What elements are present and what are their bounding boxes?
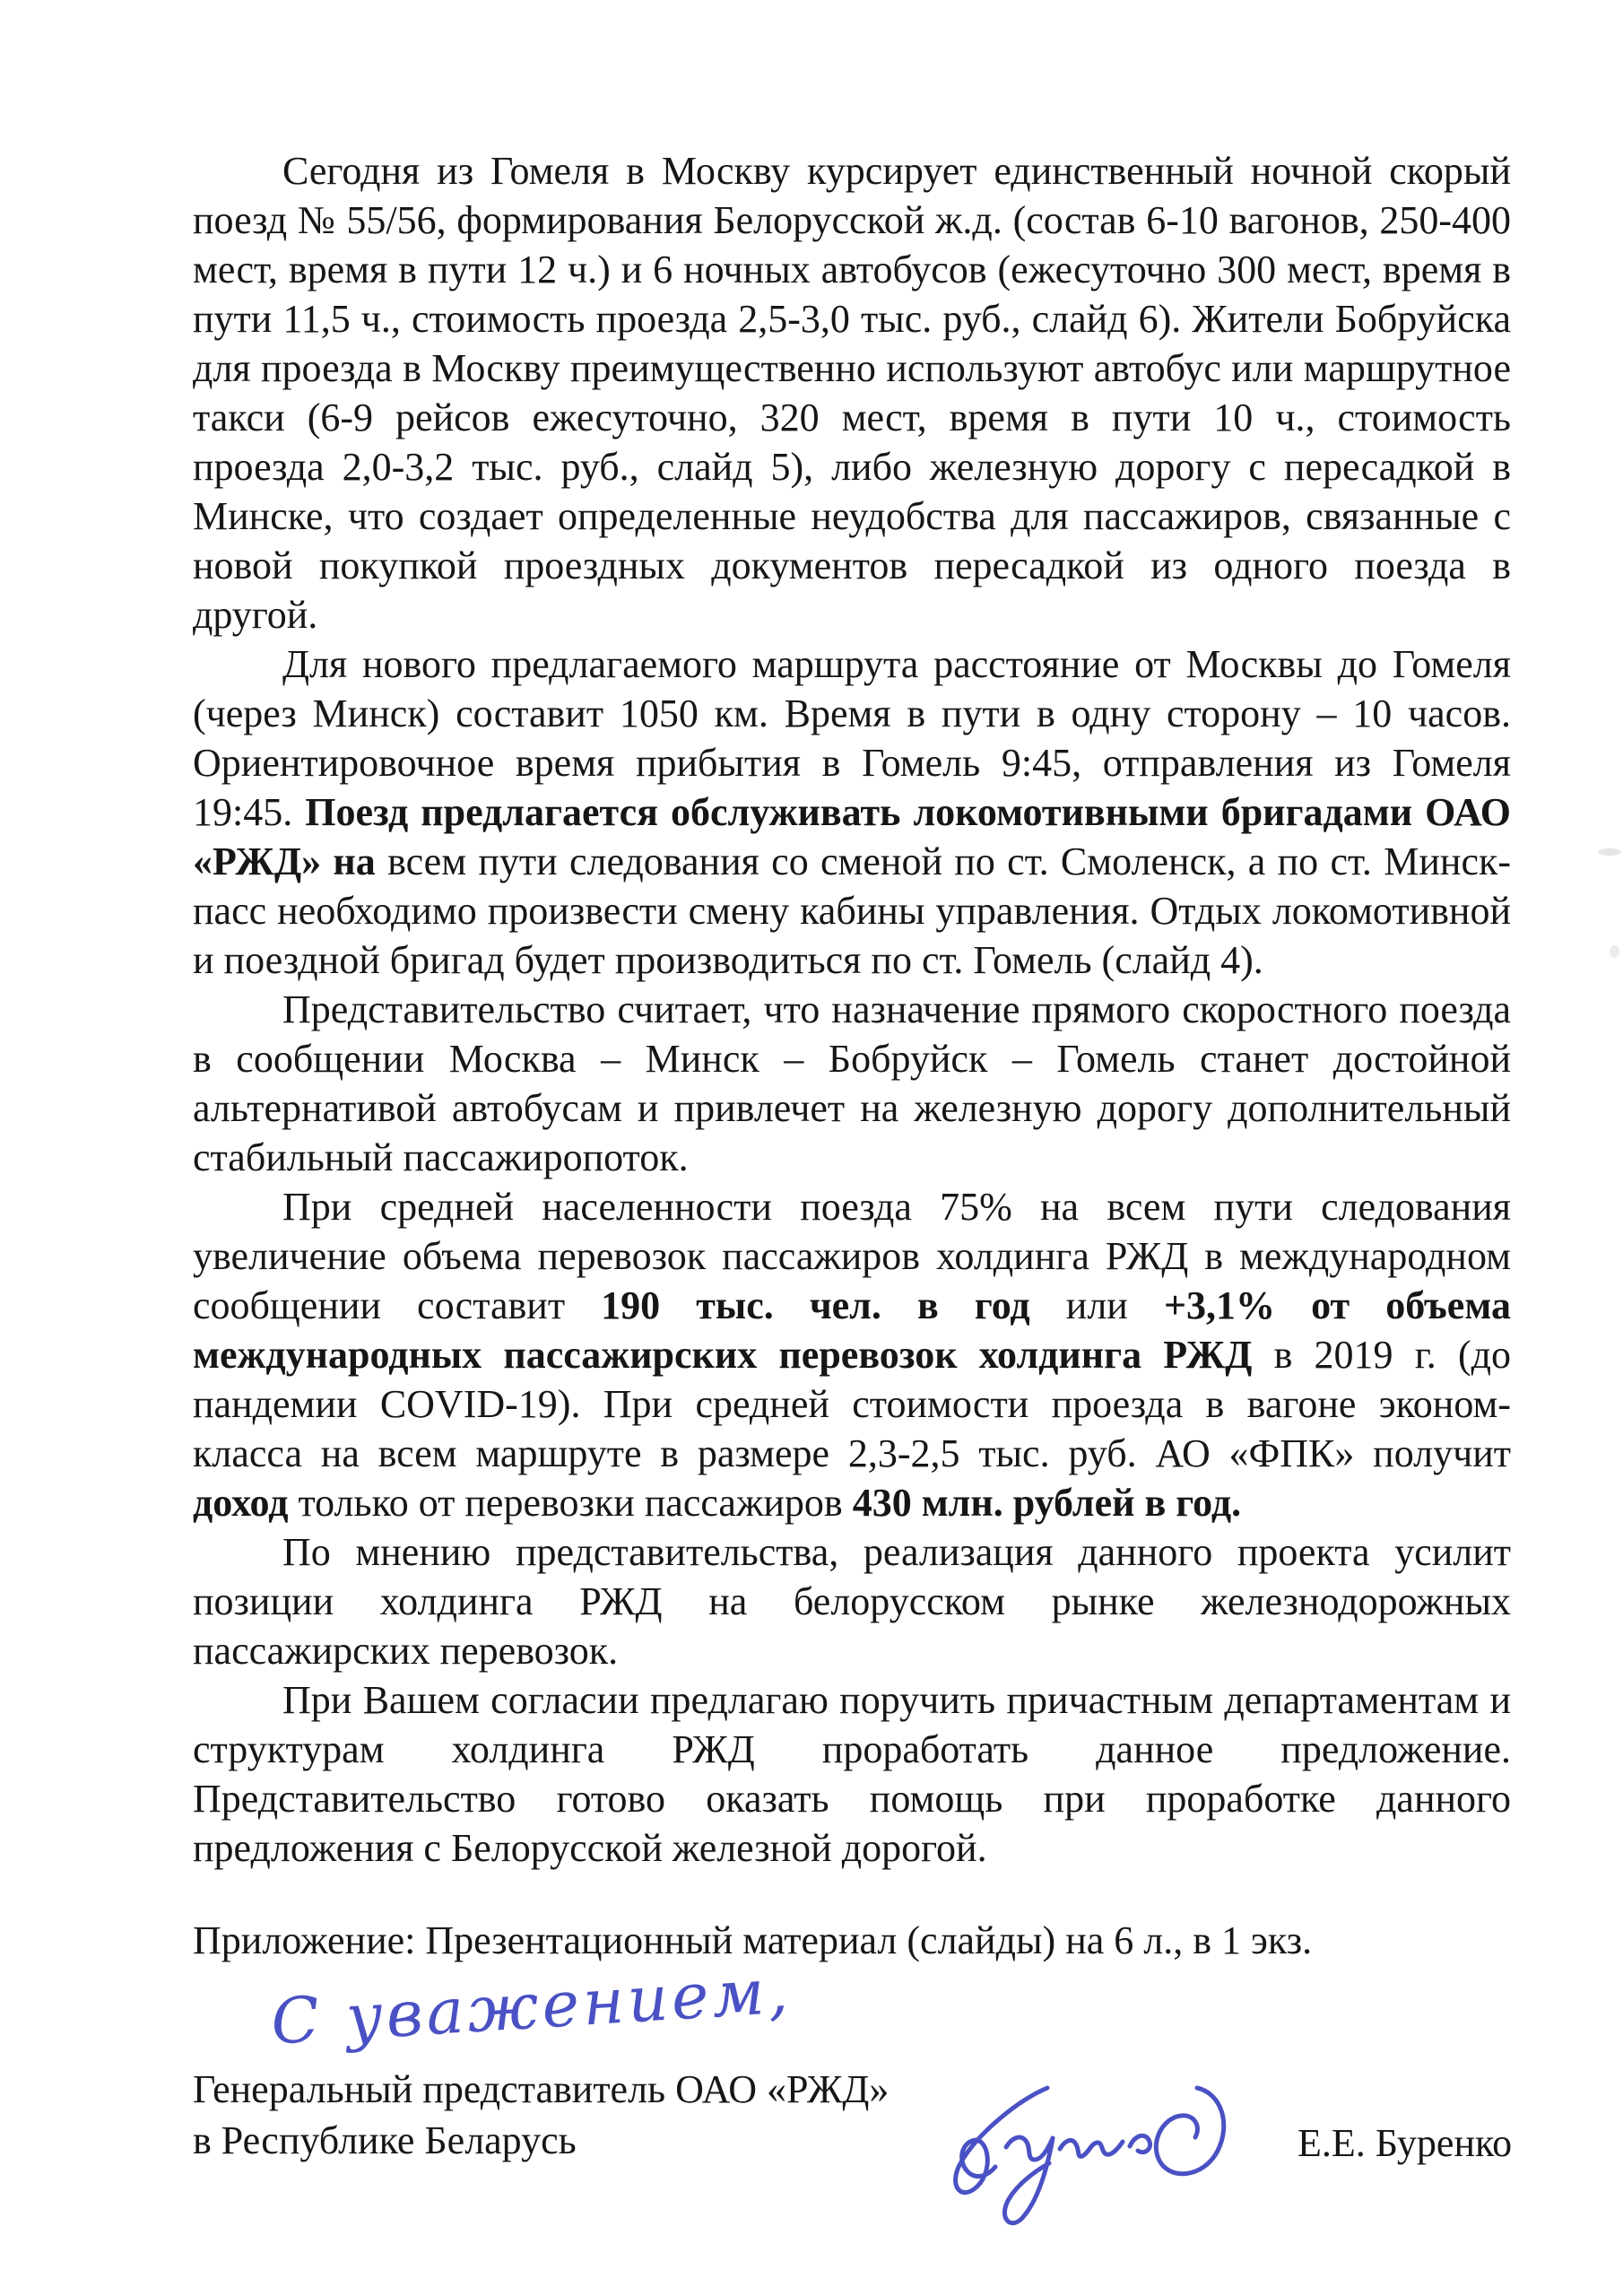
signature-stroke-oval [1156,2088,1223,2174]
paragraph: По мнению представительства, реализация … [193,1527,1511,1675]
signature-stroke-e [1130,2135,1150,2152]
paragraph: При средней населенности поезда 75% на в… [193,1182,1511,1527]
text-segment: При Вашем согласии предлагаю поручить пр… [193,1678,1511,1870]
attachment-line: Приложение: Презентационный материал (сл… [193,1916,1511,1965]
signer-title-line1: Генеральный представитель ОАО «РЖД» [193,2064,889,2115]
paragraph: Сегодня из Гомеля в Москву курсирует еди… [193,146,1511,639]
bold-text-segment: доход [193,1481,288,1525]
letter-body: Сегодня из Гомеля в Москву курсирует еди… [193,146,1511,1873]
paragraph: Для нового предлагаемого маршрута рассто… [193,639,1511,985]
scan-artifact [1598,848,1621,856]
attachment-block: Приложение: Презентационный материал (сл… [193,1916,1511,1965]
signature-stroke-entry [956,2088,1047,2193]
text-segment: всем пути следования со сменой по ст. См… [193,839,1511,982]
text-segment: или [1030,1283,1164,1327]
paragraph: Представительство считает, что назначени… [193,985,1511,1182]
paragraph: При Вашем согласии предлагаю поручить пр… [193,1675,1511,1873]
text-segment: Сегодня из Гомеля в Москву курсирует еди… [193,149,1511,637]
text-segment: Представительство считает, что назначени… [193,987,1511,1179]
bold-text-segment: 190 тыс. чел. в год [601,1283,1030,1327]
letter-page: Сегодня из Гомеля в Москву курсирует еди… [0,0,1623,2296]
text-segment: По мнению представительства, реализация … [193,1530,1511,1673]
signature-stroke-humps [1060,2140,1123,2156]
signer-name: Е.Е. Буренко [1298,2118,1512,2168]
bold-text-segment: 430 млн. рублей в год. [853,1481,1241,1525]
signer-title-line2: в Республике Беларусь [193,2115,889,2166]
signature-stroke-u [1004,2137,1053,2223]
signature-icon [933,2063,1255,2233]
handwritten-salutation: С уважением, [269,1953,794,2058]
scan-artifact [1610,945,1619,958]
signer-title: Генеральный представитель ОАО «РЖД» в Ре… [193,2064,889,2166]
text-segment: только от перевозки пассажиров [288,1481,852,1525]
